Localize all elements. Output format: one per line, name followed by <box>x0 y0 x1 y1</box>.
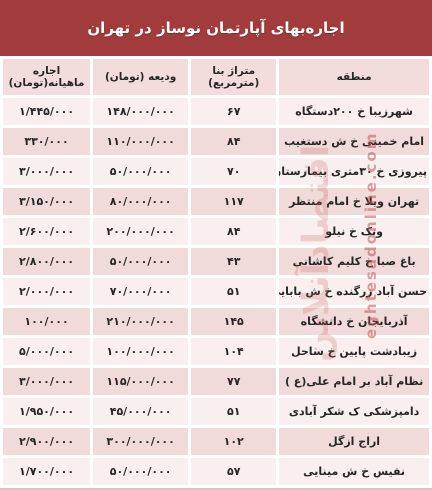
cell-region: نفیس خ ش مینایی <box>279 458 429 485</box>
cell-area: ۷۷ <box>191 368 276 395</box>
cell-deposit: ۸۰/۰۰۰/۰۰۰ <box>93 188 188 215</box>
cell-region: امام خمینی خ ش دستغیب <box>279 128 429 155</box>
cell-area: ۵۱ <box>191 398 276 425</box>
column-header-deposit: ودیعه (تومان) <box>93 59 188 95</box>
cell-deposit: ۳۰۰/۰۰۰/۰۰۰ <box>93 428 188 455</box>
cell-region: ونک خ نیلو <box>279 218 429 245</box>
infographic-root: { "chart_data": { "type": "table", "titl… <box>0 0 432 490</box>
cell-deposit: ۱۰۰/۰۰۰/۰۰۰ <box>93 338 188 365</box>
cell-deposit: ۲۰۰/۰۰۰/۰۰۰ <box>93 218 188 245</box>
column-header-region: منطقه <box>279 59 429 95</box>
cell-rent: ۵/۰۰۰/۰۰۰ <box>3 338 90 365</box>
cell-rent: ۲/۹۰۰/۰۰۰ <box>3 428 90 455</box>
cell-rent: ۲/۶۰۰/۰۰۰ <box>3 218 90 245</box>
cell-rent: ۱/۴۴۵/۰۰۰ <box>3 98 90 125</box>
cell-region: نظام آباد بر امام علی(ع ) <box>279 368 429 395</box>
table-row: پیروزی خ ۳۰متری بیمارستان فجر۷۰۵۰/۰۰۰/۰۰… <box>3 158 429 185</box>
cell-area: ۸۴ <box>191 128 276 155</box>
table-header-row: منطقه متراژ بنا (مترمربع) ودیعه (تومان) … <box>3 59 429 95</box>
table-row: نظام آباد بر امام علی(ع )۷۷۱۱۵/۰۰۰/۰۰۰۳/… <box>3 368 429 395</box>
cell-area: ۷۰ <box>191 158 276 185</box>
table-row: شهرزیبا خ ۲۰۰دستگاه۶۷۱۴۸/۰۰۰/۰۰۰۱/۴۴۵/۰۰… <box>3 98 429 125</box>
table-row: دامپزشکی ک شکر آبادی۵۱۴۵/۰۰۰/۰۰۰۱/۹۵۰/۰۰… <box>3 398 429 425</box>
cell-rent: ۳/۱۵۰/۰۰۰ <box>3 188 90 215</box>
cell-region: دامپزشکی ک شکر آبادی <box>279 398 429 425</box>
cell-area: ۱۰۲ <box>191 428 276 455</box>
cell-rent: ۳/۰۰۰/۰۰۰ <box>3 368 90 395</box>
cell-area: ۵۱ <box>191 278 276 305</box>
cell-rent: ۳۳۰/۰۰۰ <box>3 128 90 155</box>
table-row: تهران ویلا خ امام منتظر۱۱۷۸۰/۰۰۰/۰۰۰۳/۱۵… <box>3 188 429 215</box>
cell-deposit: ۱۴۸/۰۰۰/۰۰۰ <box>93 98 188 125</box>
cell-region: اراج ازگل <box>279 428 429 455</box>
cell-region: تهران ویلا خ امام منتظر <box>279 188 429 215</box>
page-title: اجاره‌بهای آپارتمان نوساز در تهران <box>87 19 344 37</box>
cell-region: آذربایجان خ دانشگاه <box>279 308 429 335</box>
title-band: اجاره‌بهای آپارتمان نوساز در تهران <box>0 0 432 56</box>
cell-area: ۱۴۵ <box>191 308 276 335</box>
cell-rent: ۲/۸۰۰/۰۰۰ <box>3 248 90 275</box>
cell-deposit: ۷۰/۰۰۰/۰۰۰ <box>93 278 188 305</box>
cell-rent: ۳/۰۰۰/۰۰۰ <box>3 158 90 185</box>
column-header-area: متراژ بنا (مترمربع) <box>191 59 276 95</box>
cell-area: ۱۱۷ <box>191 188 276 215</box>
table-row: اراج ازگل۱۰۲۳۰۰/۰۰۰/۰۰۰۲/۹۰۰/۰۰۰ <box>3 428 429 455</box>
cell-deposit: ۲۱۰/۰۰۰/۰۰۰ <box>93 308 188 335</box>
table-row: نفیس خ ش مینایی۵۷۵۰/۰۰۰/۰۰۰۱/۷۰۰/۰۰۰ <box>3 458 429 485</box>
cell-deposit: ۵۰/۰۰۰/۰۰۰ <box>93 458 188 485</box>
cell-area: ۶۷ <box>191 98 276 125</box>
cell-area: ۴۳ <box>191 248 276 275</box>
table-row: امام خمینی خ ش دستغیب۸۴۱۱۰/۰۰۰/۰۰۰۳۳۰/۰۰… <box>3 128 429 155</box>
cell-area: ۱۰۴ <box>191 338 276 365</box>
table-row: حسن آباد زرگنده خ ش بابایی۵۱۷۰/۰۰۰/۰۰۰۲/… <box>3 278 429 305</box>
cell-deposit: ۵۰/۰۰۰/۰۰۰ <box>93 248 188 275</box>
cell-region: حسن آباد زرگنده خ ش بابایی <box>279 278 429 305</box>
cell-area: ۵۷ <box>191 458 276 485</box>
cell-deposit: ۱۱۵/۰۰۰/۰۰۰ <box>93 368 188 395</box>
cell-rent: ۱۰۰/۰۰۰ <box>3 308 90 335</box>
cell-region: زیبادشت پایین خ ساحل <box>279 338 429 365</box>
column-header-rent: اجاره ماهیانه(تومان) <box>3 59 90 95</box>
cell-region: شهرزیبا خ ۲۰۰دستگاه <box>279 98 429 125</box>
cell-deposit: ۱۱۰/۰۰۰/۰۰۰ <box>93 128 188 155</box>
cell-region: باغ صبا خ کلیم کاشانی <box>279 248 429 275</box>
table-row: باغ صبا خ کلیم کاشانی۴۳۵۰/۰۰۰/۰۰۰۲/۸۰۰/۰… <box>3 248 429 275</box>
table-row: ونک خ نیلو۸۴۲۰۰/۰۰۰/۰۰۰۲/۶۰۰/۰۰۰ <box>3 218 429 245</box>
cell-deposit: ۴۵/۰۰۰/۰۰۰ <box>93 398 188 425</box>
table-body: شهرزیبا خ ۲۰۰دستگاه۶۷۱۴۸/۰۰۰/۰۰۰۱/۴۴۵/۰۰… <box>3 98 429 485</box>
cell-rent: ۲/۰۰۰/۰۰۰ <box>3 278 90 305</box>
table-row: آذربایجان خ دانشگاه۱۴۵۲۱۰/۰۰۰/۰۰۰۱۰۰/۰۰۰ <box>3 308 429 335</box>
cell-rent: ۱/۹۵۰/۰۰۰ <box>3 398 90 425</box>
table-row: زیبادشت پایین خ ساحل۱۰۴۱۰۰/۰۰۰/۰۰۰۵/۰۰۰/… <box>3 338 429 365</box>
cell-rent: ۱/۷۰۰/۰۰۰ <box>3 458 90 485</box>
cell-area: ۸۴ <box>191 218 276 245</box>
cell-region: پیروزی خ ۳۰متری بیمارستان فجر <box>279 158 429 185</box>
cell-deposit: ۵۰/۰۰۰/۰۰۰ <box>93 158 188 185</box>
rent-table: منطقه متراژ بنا (مترمربع) ودیعه (تومان) … <box>0 56 432 488</box>
